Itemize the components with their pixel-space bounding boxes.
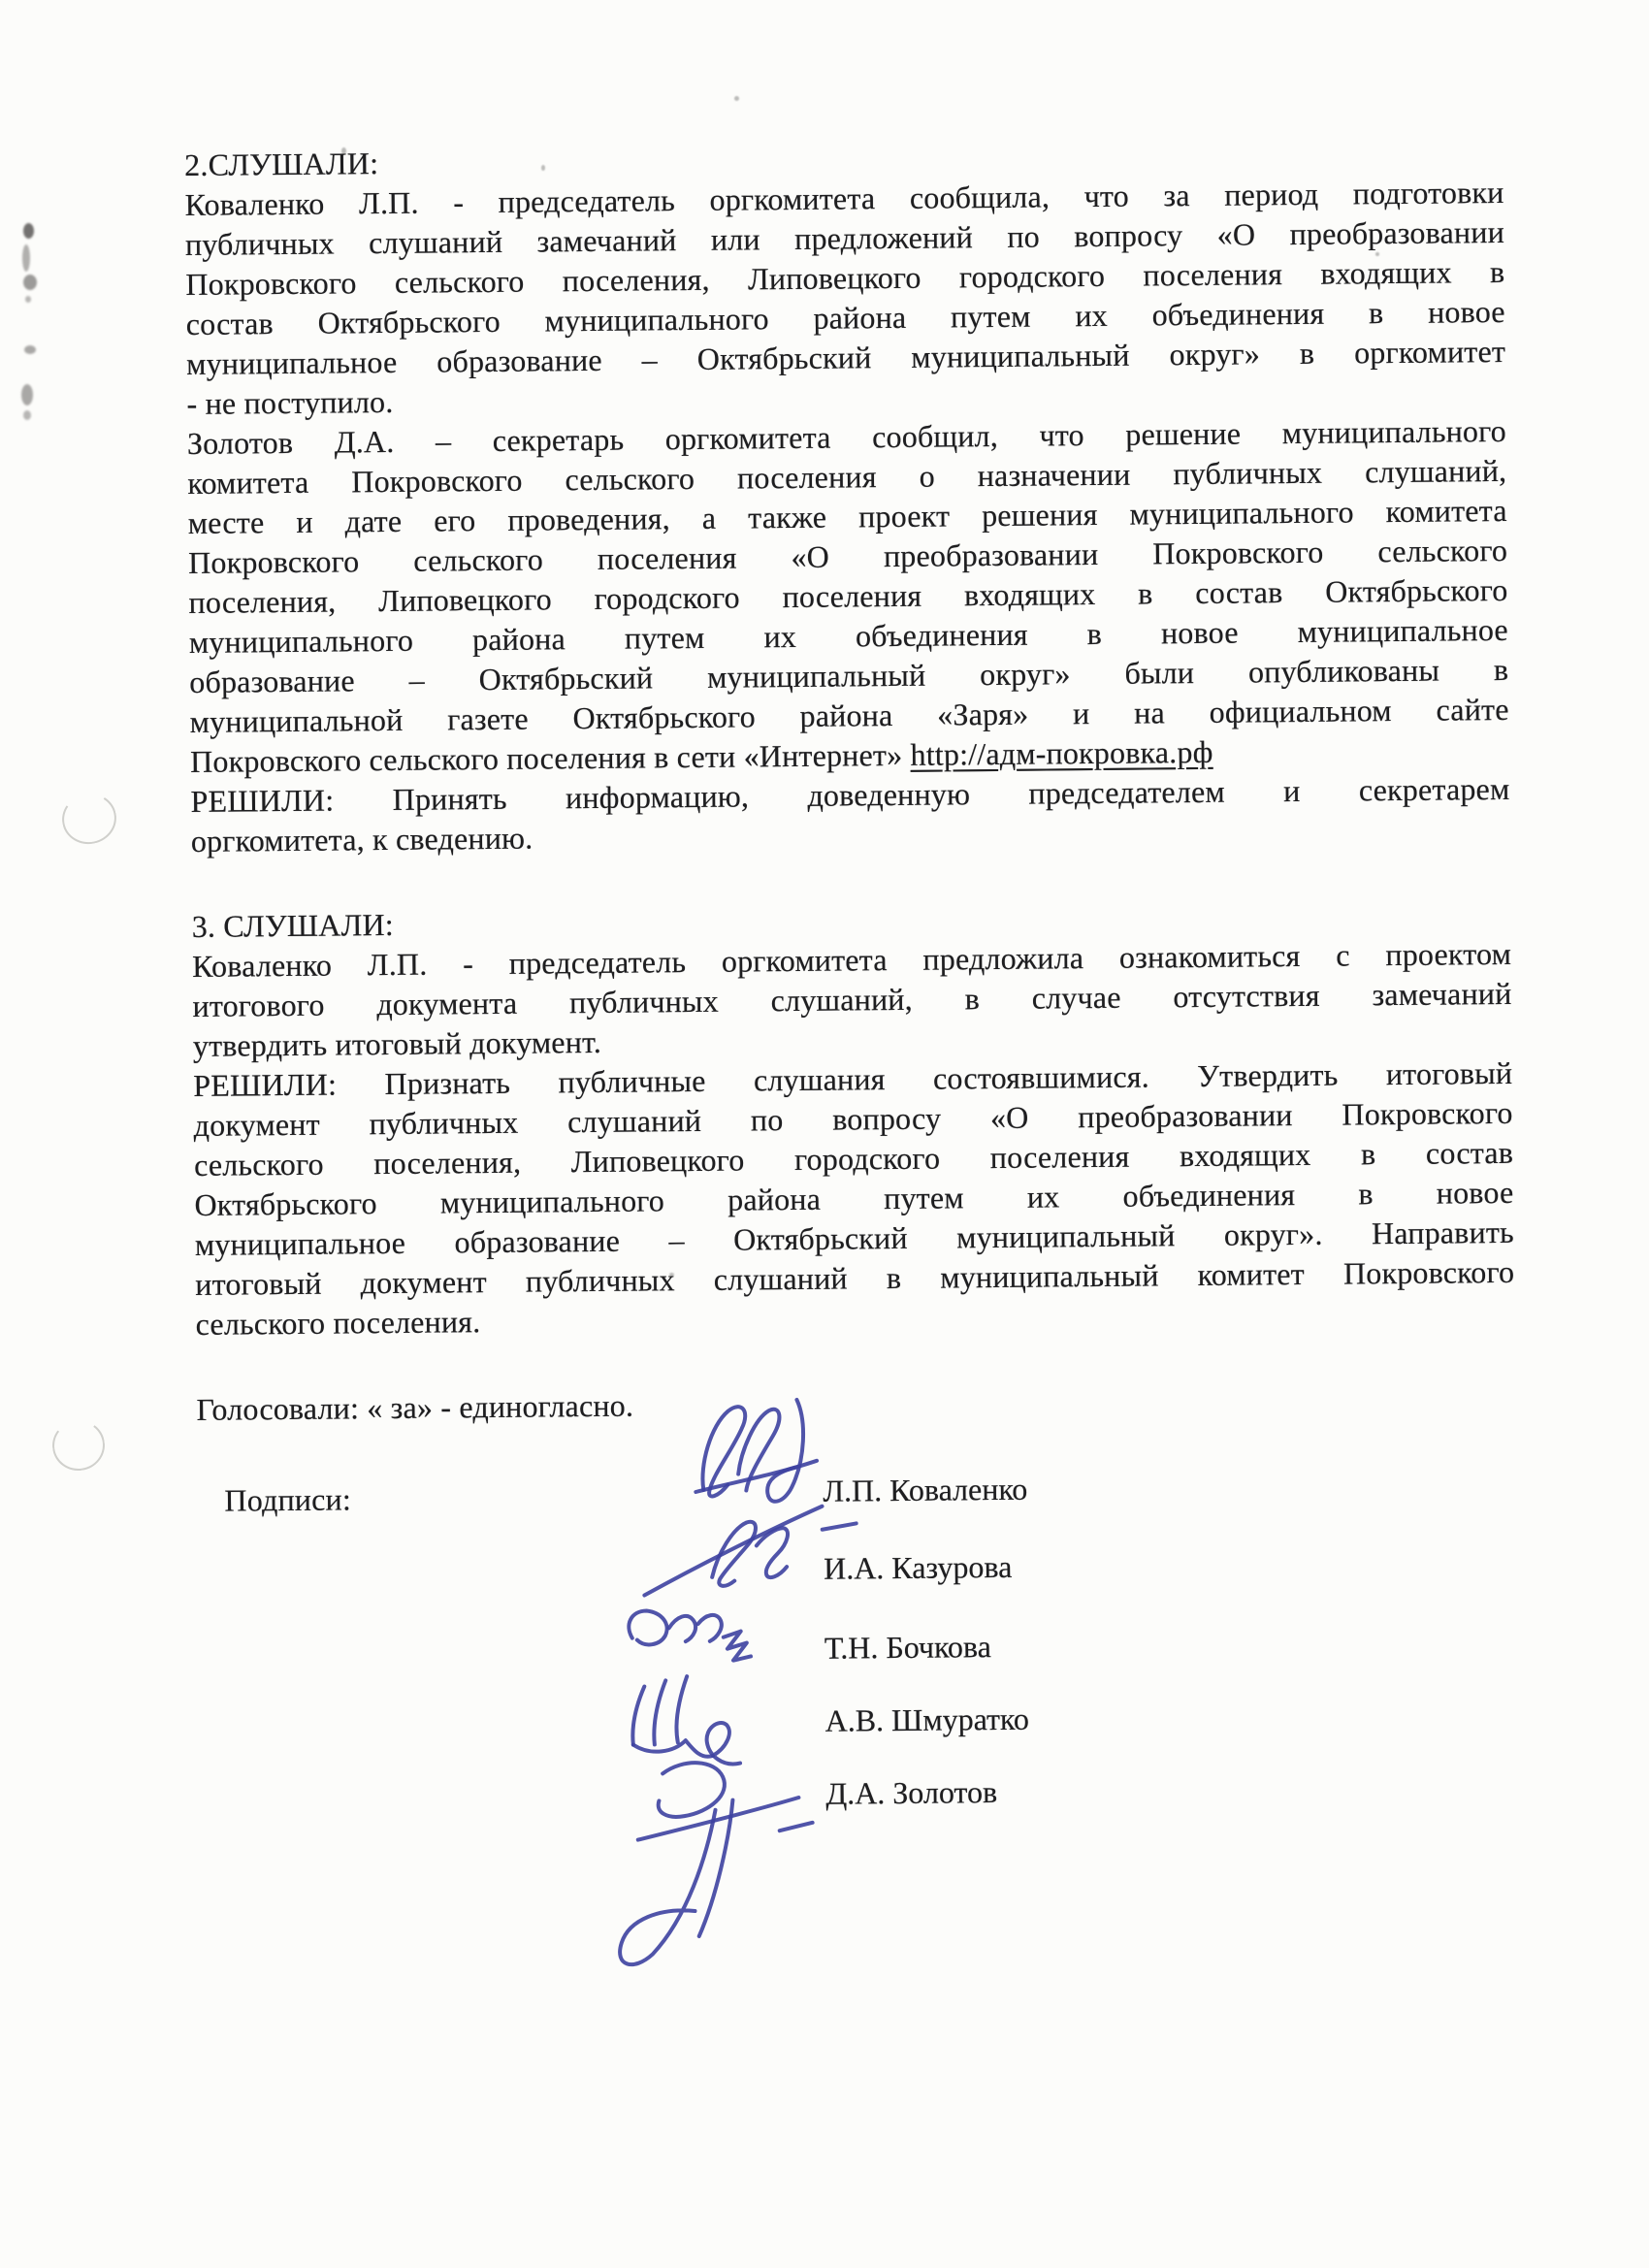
- signature-kazurova-drawing: [644, 1506, 857, 1595]
- printed-url: http://адм-покровка.рф: [910, 734, 1212, 772]
- document-text: 2.СЛУШАЛИ:Коваленко Л.П. - председатель …: [184, 133, 1516, 1430]
- scan-smudge-artifact: [24, 345, 36, 354]
- scan-ring-artifact: [57, 789, 121, 850]
- scan-smudge-artifact: [22, 244, 30, 272]
- signature-bochkova-drawing: [629, 1609, 751, 1661]
- scan-smudge-artifact: [23, 223, 34, 239]
- document-content: 2.СЛУШАЛИ:Коваленко Л.П. - председатель …: [184, 133, 1522, 2056]
- scanned-document-page: 2.СЛУШАЛИ:Коваленко Л.П. - председатель …: [0, 0, 1649, 2268]
- scan-ring-artifact: [49, 1416, 109, 1474]
- signature-kovalenko-drawing: [695, 1400, 817, 1503]
- scan-smudge-artifact: [23, 275, 37, 290]
- scan-smudge-artifact: [21, 384, 33, 405]
- scan-speck: [734, 96, 739, 101]
- signatures-ink: [565, 1379, 881, 2003]
- scan-smudge-artifact: [25, 296, 31, 303]
- text-run: Покровского сельского поселения в сети «…: [190, 737, 911, 779]
- scan-smudge-artifact: [23, 410, 31, 420]
- signature-block: Подписи: Л.П. Коваленко И.А. Казурова Т.…: [197, 1461, 1522, 2056]
- signature-shmuratko-drawing: [632, 1676, 740, 1766]
- signatures-label: Подписи:: [224, 1479, 351, 1520]
- signature-zolotov-drawing: [618, 1762, 814, 1964]
